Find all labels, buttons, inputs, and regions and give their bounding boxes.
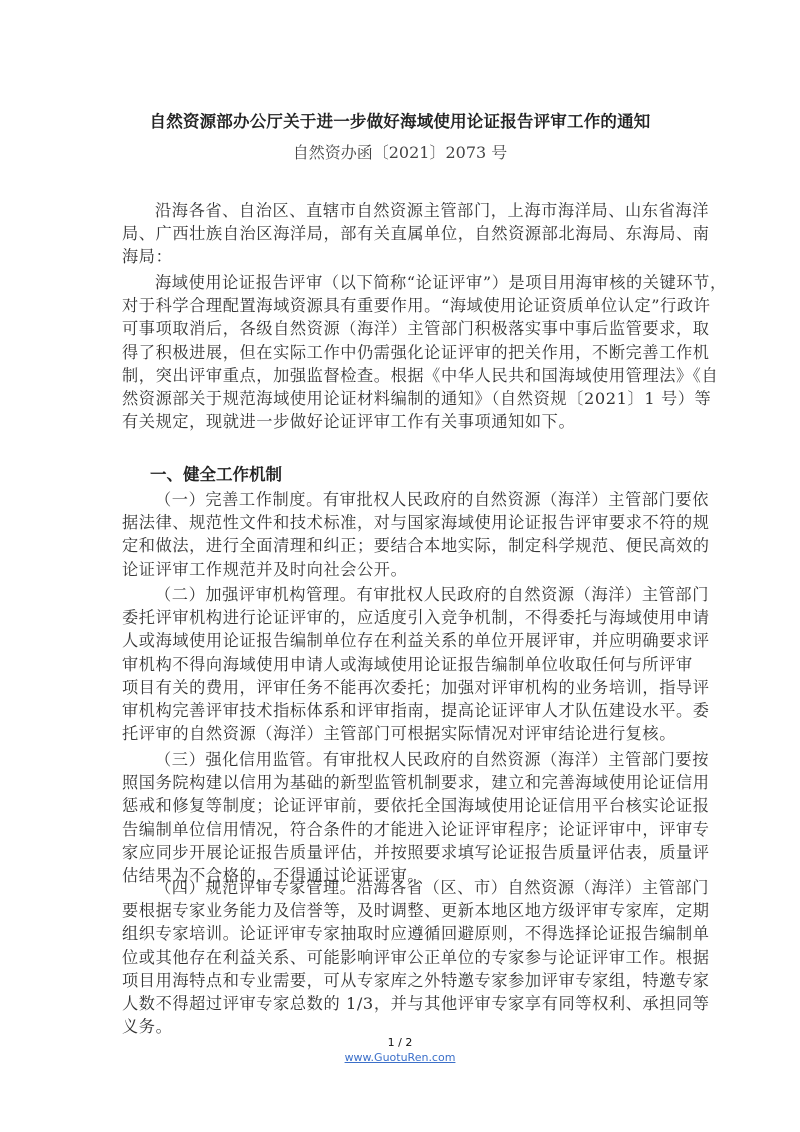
text-line: 可事项取消后，各级自然资源（海洋）主管部门积极落实事中事后监管要求，取 xyxy=(122,317,682,340)
item-3-paragraph: （三）强化信用监管。有审批权人民政府的自然资源（海洋）主管部门要按 照国务院构建… xyxy=(122,748,682,887)
text-line: （二）加强评审机构管理。有审批权人民政府的自然资源（海洋）主管部门 xyxy=(122,583,682,606)
text-line: 审机构不得向海域使用申请人或海域使用论证报告编制单位收取任何与所评审 xyxy=(122,653,682,676)
text-line: 沿海各省、自治区、直辖市自然资源主管部门，上海市海洋局、山东省海洋 xyxy=(122,199,682,222)
text-line: 得了积极进展，但在实际工作中仍需强化论证评审的把关作用，不断完善工作机 xyxy=(122,341,682,364)
website-link[interactable]: www.GuotuRen.com xyxy=(345,1051,456,1064)
text-line: 位或其他存在利益关系、可能影响评审公正单位的专家参与论证评审工作。根据 xyxy=(122,946,682,969)
text-line: 告编制单位信用情况，符合条件的才能进入论证评审程序；论证评审中，评审专 xyxy=(122,818,682,841)
text-line: 论证评审工作规范并及时向社会公开。 xyxy=(122,558,682,581)
addressee-paragraph: 沿海各省、自治区、直辖市自然资源主管部门，上海市海洋局、山东省海洋 局、广西壮族… xyxy=(122,199,682,269)
text-line: 人数不得超过评审专家总数的 1/3，并与其他评审专家享有同等权利、承担同等 xyxy=(122,992,682,1015)
text-line: 局、广西壮族自治区海洋局，部有关直属单位，自然资源部北海局、东海局、南 xyxy=(122,222,682,245)
text-line: 组织专家培训。论证评审专家抽取时应遵循回避原则，不得选择论证报告编制单 xyxy=(122,922,682,945)
page-indicator: 1 / 2 xyxy=(0,1036,800,1049)
text-line: 托评审的自然资源（海洋）主管部门可根据实际情况对评审结论进行复核。 xyxy=(122,722,682,745)
text-line: 海域使用论证报告评审（以下简称“论证评审”）是项目用海审核的关键环节， xyxy=(122,271,682,294)
text-line: 据法律、规范性文件和技术标准，对与国家海域使用论证报告评审要求不符的规 xyxy=(122,511,682,534)
text-line: 定和做法，进行全面清理和纠正；要结合本地实际，制定科学规范、便民高效的 xyxy=(122,534,682,557)
document-title: 自然资源部办公厅关于进一步做好海域使用论证报告评审工作的通知 xyxy=(0,108,800,132)
intro-paragraph: 海域使用论证报告评审（以下简称“论证评审”）是项目用海审核的关键环节， 对于科学… xyxy=(122,271,682,433)
text-line: 要根据专家业务能力及信誉等，及时调整、更新本地区地方级评审专家库，定期 xyxy=(122,899,682,922)
text-line: （四）规范评审专家管理。沿海各省（区、市）自然资源（海洋）主管部门 xyxy=(122,876,682,899)
item-2-paragraph: （二）加强评审机构管理。有审批权人民政府的自然资源（海洋）主管部门 委托评审机构… xyxy=(122,583,682,745)
document-page: 自然资源部办公厅关于进一步做好海域使用论证报告评审工作的通知 自然资办函〔202… xyxy=(0,0,800,1132)
text-line: 制，突出评审重点，加强监督检查。根据《中华人民共和国海域使用管理法》《自 xyxy=(122,364,682,387)
item-1-paragraph: （一）完善工作制度。有审批权人民政府的自然资源（海洋）主管部门要依 据法律、规范… xyxy=(122,488,682,581)
text-line: （三）强化信用监管。有审批权人民政府的自然资源（海洋）主管部门要按 xyxy=(122,748,682,771)
text-line: 然资源部关于规范海域使用论证材料编制的通知》（自然资规〔2021〕1 号）等 xyxy=(122,387,682,410)
document-number: 自然资办函〔2021〕2073 号 xyxy=(0,140,800,163)
text-line: （一）完善工作制度。有审批权人民政府的自然资源（海洋）主管部门要依 xyxy=(122,488,682,511)
text-line: 海局： xyxy=(122,245,682,268)
footer-website: www.GuotuRen.com xyxy=(0,1051,800,1064)
text-line: 人或海域使用论证报告编制单位存在利益关系的单位开展评审，并应明确要求评 xyxy=(122,629,682,652)
text-line: 家应同步开展论证报告质量评估，并按照要求填写论证报告质量评估表，质量评 xyxy=(122,841,682,864)
text-line: 义务。 xyxy=(122,1015,682,1038)
text-line: 项目有关的费用，评审任务不能再次委托；加强对评审机构的业务培训，指导评 xyxy=(122,676,682,699)
text-line: 照国务院构建以信用为基础的新型监管机制要求，建立和完善海域使用论证信用 xyxy=(122,771,682,794)
text-line: 委托评审机构进行论证评审的，应适度引入竞争机制，不得委托与海域使用申请 xyxy=(122,606,682,629)
text-line: 审机构完善评审技术指标体系和评审指南，提高论证评审人才队伍建设水平。委 xyxy=(122,699,682,722)
text-line: 项目用海特点和专业需要，可从专家库之外特邀专家参加评审专家组，特邀专家 xyxy=(122,969,682,992)
section-heading: 一、健全工作机制 xyxy=(150,461,282,485)
text-line: 惩戒和修复等制度；论证评审前，要依托全国海域使用论证信用平台核实论证报 xyxy=(122,794,682,817)
item-4-paragraph: （四）规范评审专家管理。沿海各省（区、市）自然资源（海洋）主管部门 要根据专家业… xyxy=(122,876,682,1038)
text-line: 对于科学合理配置海域资源具有重要作用。“海域使用论证资质单位认定”行政许 xyxy=(122,294,682,317)
text-line: 有关规定，现就进一步做好论证评审工作有关事项通知如下。 xyxy=(122,410,682,433)
